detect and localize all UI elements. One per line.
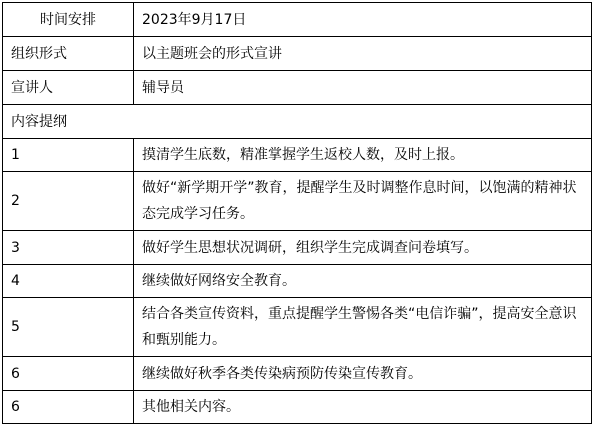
item-text: 摸清学生底数，精准掌握学生返校人数，及时上报。 (134, 139, 592, 172)
item-number: 2 (3, 172, 134, 231)
speaker-label: 宣讲人 (3, 71, 134, 105)
table-row-section-title: 内容提纲 (3, 105, 592, 139)
table-row: 2 做好“新学期开学”教育，提醒学生及时调整作息时间，以饱满的精神状态完成学习任… (3, 172, 592, 231)
speaker-value: 辅导员 (134, 71, 592, 105)
schedule-label: 时间安排 (3, 3, 134, 37)
item-number: 3 (3, 231, 134, 265)
table-row-speaker: 宣讲人 辅导员 (3, 71, 592, 105)
table-row: 4 继续做好网络安全教育。 (3, 265, 592, 298)
item-text: 继续做好秋季各类传染病预防传染宣传教育。 (134, 357, 592, 391)
section-title: 内容提纲 (3, 105, 592, 139)
table-row: 5 结合各类宣传资料，重点提醒学生警惕各类“电信诈骗”，提高安全意识和甄别能力。 (3, 298, 592, 357)
table-row-format: 组织形式 以主题班会的形式宣讲 (3, 37, 592, 71)
item-text: 结合各类宣传资料，重点提醒学生警惕各类“电信诈骗”，提高安全意识和甄别能力。 (134, 298, 592, 357)
table-row: 6 继续做好秋季各类传染病预防传染宣传教育。 (3, 357, 592, 391)
format-label: 组织形式 (3, 37, 134, 71)
table-row: 3 做好学生思想状况调研，组织学生完成调查问卷填写。 (3, 231, 592, 265)
item-text: 做好“新学期开学”教育，提醒学生及时调整作息时间，以饱满的精神状态完成学习任务。 (134, 172, 592, 231)
table-row: 6 其他相关内容。 (3, 391, 592, 424)
schedule-value: 2023年9月17日 (134, 3, 592, 37)
table-row-schedule: 时间安排 2023年9月17日 (3, 3, 592, 37)
item-text: 继续做好网络安全教育。 (134, 265, 592, 298)
format-value: 以主题班会的形式宣讲 (134, 37, 592, 71)
item-text: 做好学生思想状况调研，组织学生完成调查问卷填写。 (134, 231, 592, 265)
item-number: 5 (3, 298, 134, 357)
table-row: 1 摸清学生底数，精准掌握学生返校人数，及时上报。 (3, 139, 592, 172)
item-text: 其他相关内容。 (134, 391, 592, 424)
content-outline-table: 时间安排 2023年9月17日 组织形式 以主题班会的形式宣讲 宣讲人 辅导员 … (2, 2, 592, 424)
item-number: 6 (3, 357, 134, 391)
item-number: 6 (3, 391, 134, 424)
item-number: 1 (3, 139, 134, 172)
item-number: 4 (3, 265, 134, 298)
